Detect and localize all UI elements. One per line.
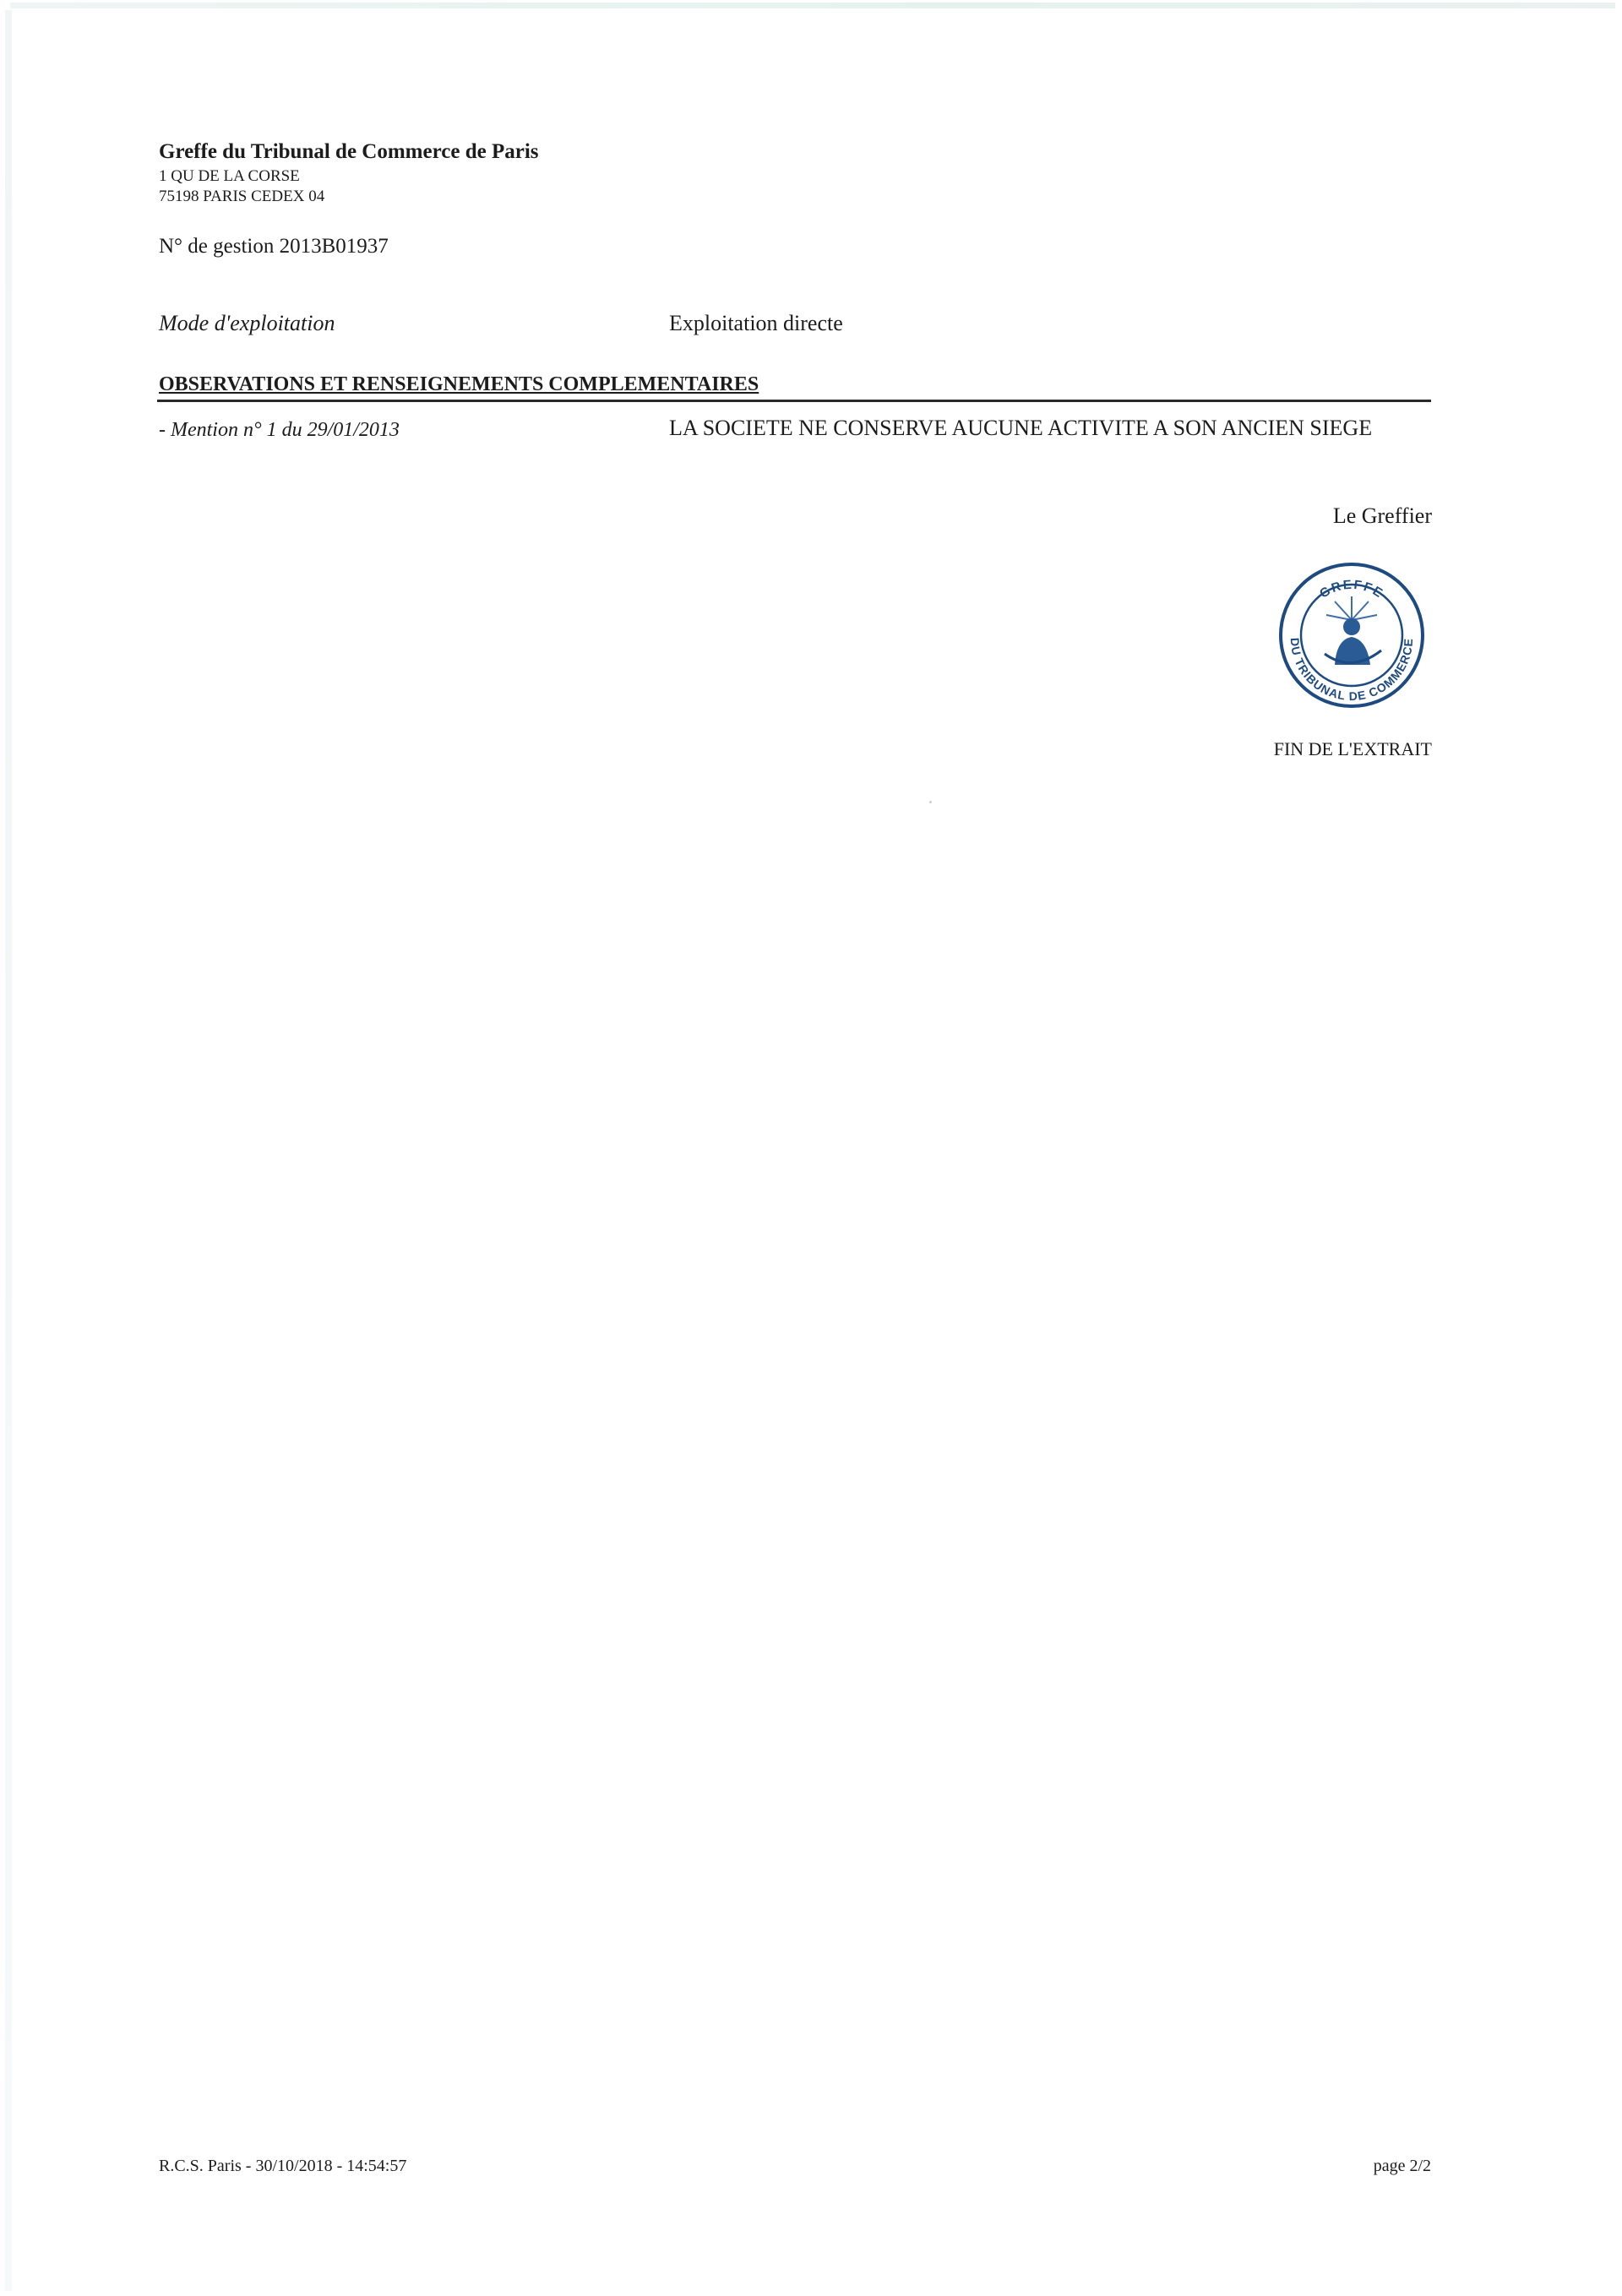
- court-address-line1: 1 QU DE LA CORSE: [159, 167, 300, 186]
- scan-edge-left: [5, 10, 12, 2291]
- section-divider: [157, 400, 1431, 402]
- official-seal-icon: GREFFE DU TRIBUNAL DE COMMERCE: [1276, 559, 1428, 711]
- mention-label: - Mention n° 1 du 29/01/2013: [159, 419, 400, 442]
- court-name: Greffe du Tribunal de Commerce de Paris: [159, 140, 539, 164]
- court-address-line2: 75198 PARIS CEDEX 04: [159, 188, 324, 206]
- observations-section-title: OBSERVATIONS ET RENSEIGNEMENTS COMPLEMEN…: [159, 373, 759, 396]
- exploitation-mode-value: Exploitation directe: [669, 311, 843, 336]
- footer-registry-timestamp: R.C.S. Paris - 30/10/2018 - 14:54:57: [159, 2157, 406, 2176]
- signatory-title: Le Greffier: [1333, 503, 1432, 529]
- mention-text: LA SOCIETE NE CONSERVE AUCUNE ACTIVITE A…: [669, 419, 1433, 438]
- scan-speck: [929, 801, 932, 803]
- exploitation-mode-label: Mode d'exploitation: [159, 311, 335, 336]
- footer-page-number: page 2/2: [1374, 2157, 1431, 2176]
- management-number: N° de gestion 2013B01937: [159, 235, 389, 258]
- end-of-extract: FIN DE L'EXTRAIT: [1274, 738, 1432, 760]
- scan-edge-top: [10, 3, 1615, 8]
